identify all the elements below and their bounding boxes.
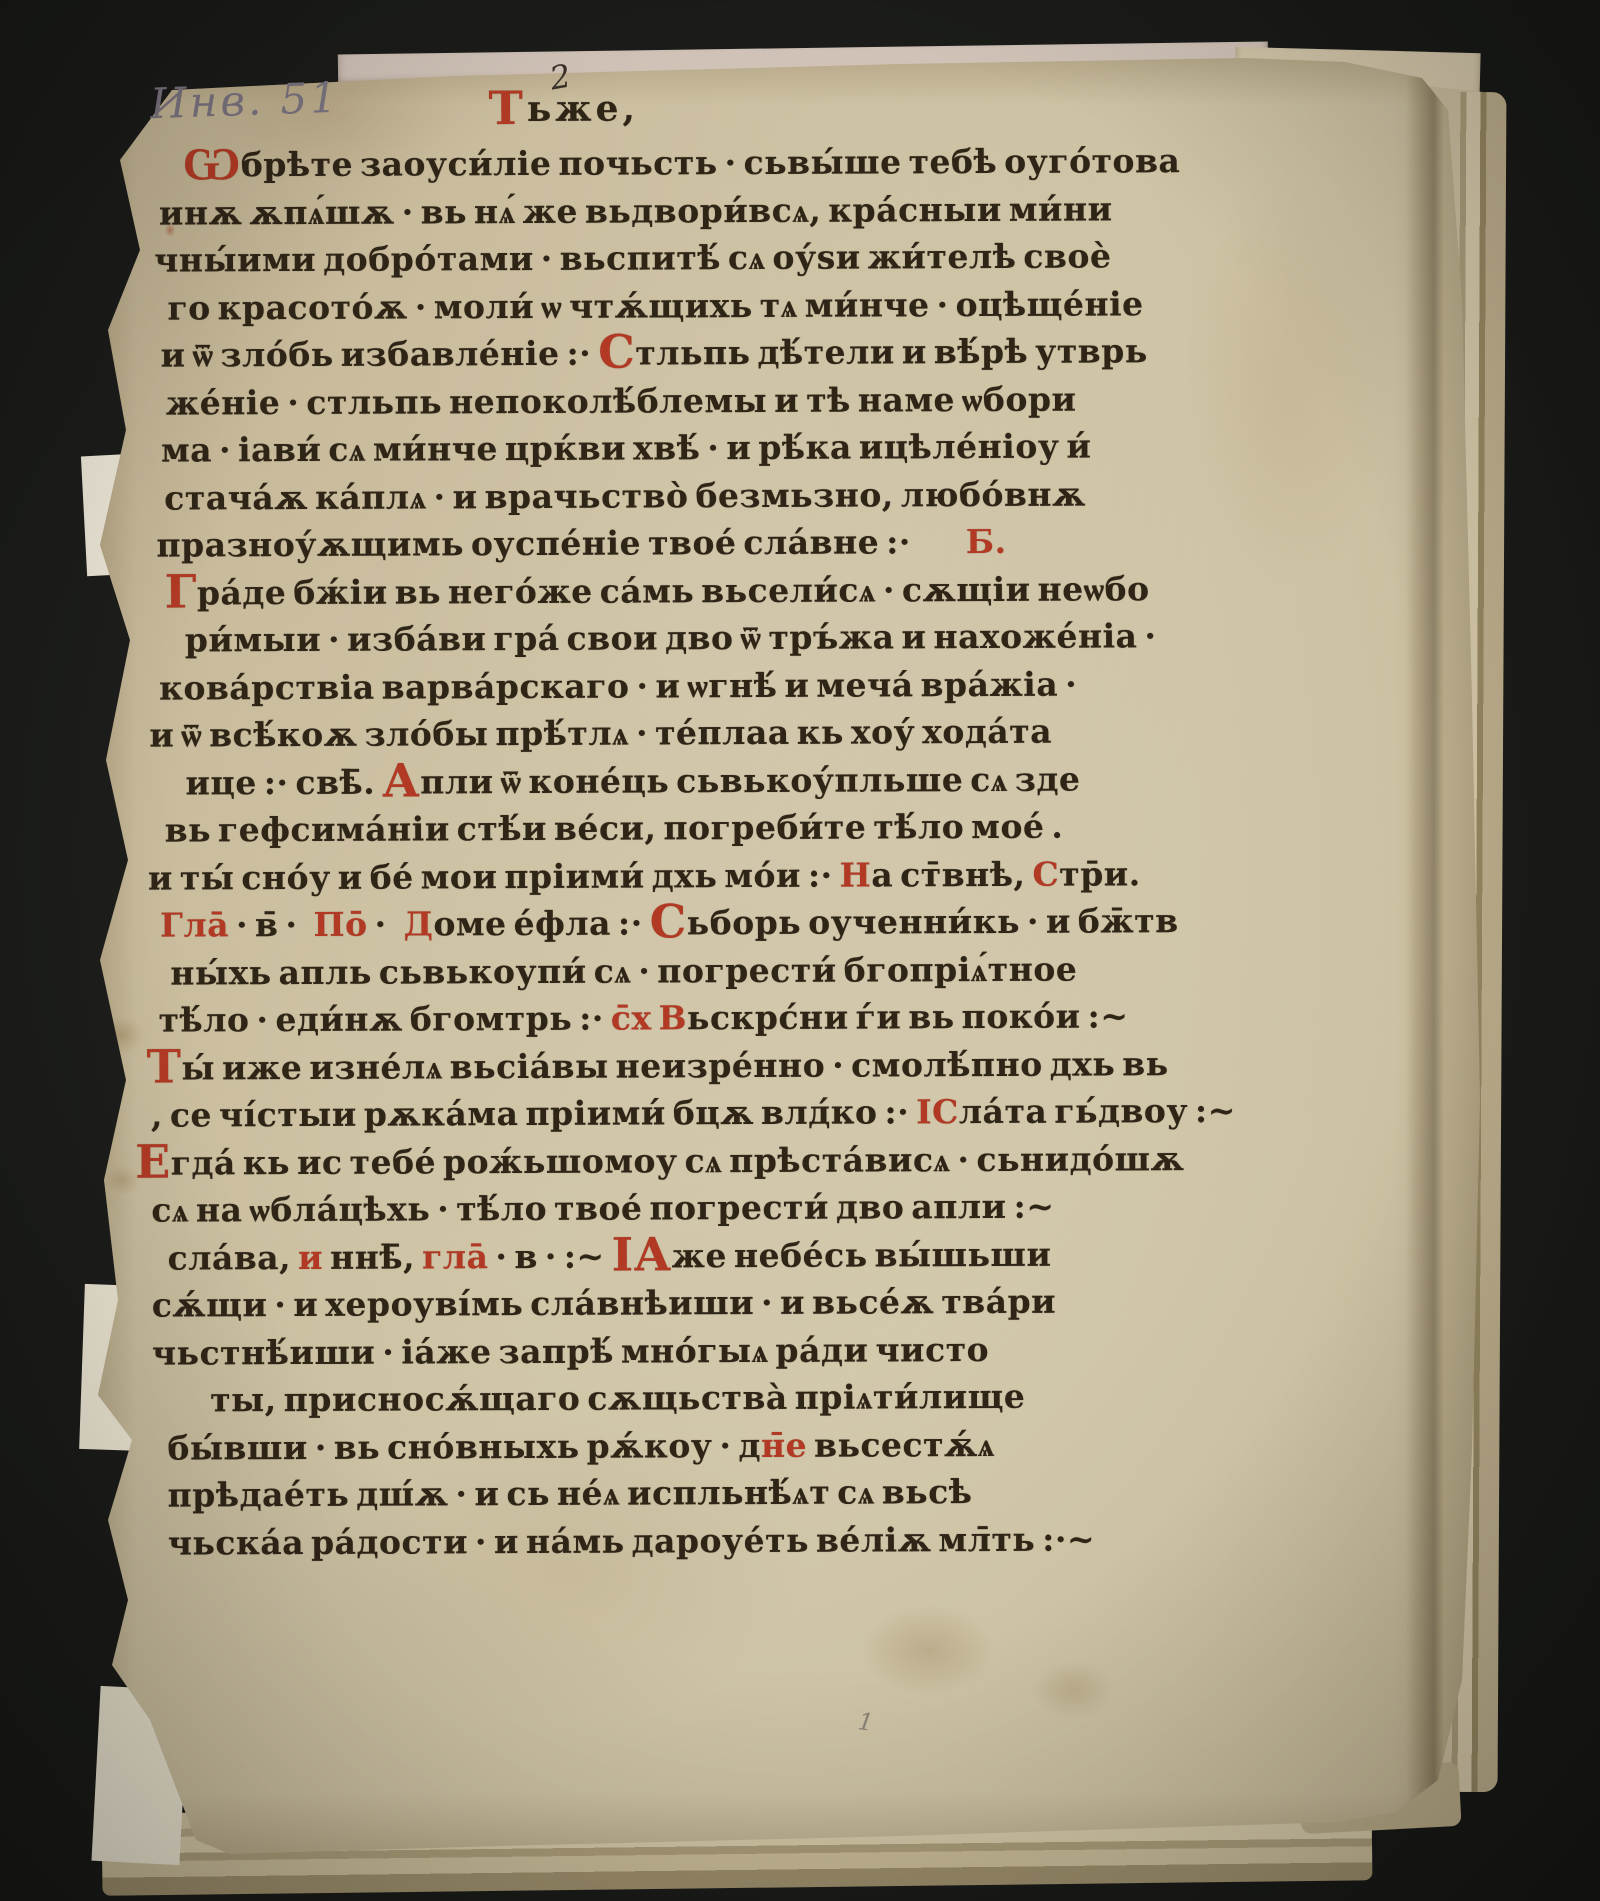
- manuscript-text-block: Тьже,Ѡбрѣте заоуси́ліе почьсть · сьвы́ше…: [0, 0, 1600, 1901]
- rubric-text: А: [382, 753, 420, 807]
- manuscript-line: Гла̄ · в̄ ·По̄ · Доме е́фла :· Сьборь оу…: [160, 904, 1179, 941]
- manuscript-line: тѣ́ло · еди́нѫ бгомтрь :· с̄х Вьскрс́ни …: [158, 999, 1128, 1036]
- ink-text: празноу́ѫщимь оуспе́ніе твое́ сла́вне :·: [156, 522, 911, 564]
- manuscript-line: прѣдае́ть дш́ѫ · и сь не́ѧ испльнѣ́ѧт сѧ…: [168, 1475, 973, 1512]
- ink-text: и ты́ сно́у и бе́ мои пріими́ дхь мо́и :…: [148, 856, 840, 898]
- manuscript-line: кова́рствіа варва́рскаго · и ѡгнѣ́ и меч…: [159, 668, 1077, 705]
- inventory-number-pencil: Инв. 51: [149, 73, 340, 129]
- ink-text: , се чі́стыи рѫка́ма пріими́ бцѫ влд́ко …: [151, 1092, 916, 1134]
- ink-text: брѣте заоуси́ліе почьсть · сьвы́ше тебѣ …: [241, 141, 1181, 184]
- ink-text: ·: [368, 905, 394, 944]
- ink-text: тѣ́ло · еди́нѫ бгомтрь :·: [158, 999, 610, 1040]
- ink-text: ра́де бж́іи вь него́же са́мь вьсели́сѧ ·…: [197, 569, 1150, 612]
- manuscript-line: ице :· свѣ̄. Апли ѿ коне́ць сьвькоу́пльш…: [185, 763, 1080, 800]
- rubric-text: ІА: [612, 1227, 672, 1281]
- manuscript-line: бы́вши · вь сно́вныхь рѫ́коу · дн̄е вьсе…: [167, 1428, 995, 1465]
- manuscript-line: вь гефсима́ніи стѣ́и ве́си, погреби́те т…: [165, 810, 1064, 847]
- ink-text: и ѿ всѣ́коѫ зло́бы прѣ́тлѧ · те́плаа кь …: [149, 712, 1052, 755]
- ink-text: бы́вши · вь сно́вныхь рѫ́коу · д: [167, 1426, 761, 1468]
- rubric-text: Гла̄: [160, 905, 229, 944]
- ink-text: ьже,: [527, 88, 639, 130]
- manuscript-line: и ѿ зло́бь избавле́ніе :· Стльпь дѣ́тели…: [161, 334, 1148, 371]
- manuscript-line: сѧ на ѡбла́цѣхь · тѣ́ло твое́ погрести́ …: [151, 1190, 1054, 1227]
- manuscript-line: Ты́ иже изне́лѧ вьсіа́вы неизре́нно · см…: [147, 1047, 1169, 1084]
- rubric-text: Т: [488, 81, 526, 135]
- manuscript-line: чьстнѣ́иши · іа́же запрѣ́ мно́гыѧ ра́ди …: [152, 1333, 989, 1370]
- manuscript-line: Гра́де бж́іи вь него́же са́мь вьсели́сѧ …: [165, 572, 1150, 609]
- manuscript-line: и ты́ сно́у и бе́ мои пріими́ дхь мо́и :…: [148, 857, 1141, 894]
- ink-text: сѫ́щи · и хероуві́мь сла́внѣиши · и вьсе…: [152, 1282, 1057, 1325]
- ink-text: кова́рствіа варва́рскаго · и ѡгнѣ́ и меч…: [159, 665, 1077, 708]
- manuscript-line: чны́ими добро́тами · вьспитѣ́ сѧ оу́ѕи ж…: [154, 239, 1111, 276]
- ink-text: же небе́сь вы́шьши: [672, 1235, 1052, 1276]
- ink-text: чьска́а ра́дости · и на́мь дароуе́ть ве́…: [168, 1520, 1095, 1563]
- ink-text: ма · іави́ сѧ ми́нче црќви хвѣ́ · и рѣ́к…: [161, 427, 1092, 470]
- ink-text: же́ніе · стльпь непоколѣ́блемы и тѣ наме…: [166, 380, 1077, 423]
- ink-text: · в̄ ·: [229, 905, 298, 944]
- manuscript-line: ма · іави́ сѧ ми́нче црќви хвѣ́ · и рѣ́к…: [161, 430, 1091, 467]
- page-heading: Тьже,: [488, 91, 639, 128]
- ink-text: тльпь дѣ́тели и вѣ́рѣ утврь: [635, 331, 1148, 372]
- ink-text: ице :· свѣ̄.: [185, 763, 382, 803]
- manuscript-line: Егда́ кь ис тебе́ рож́ьшомоу сѧ прѣста́в…: [135, 1142, 1184, 1180]
- rubric-text: и: [298, 1238, 323, 1277]
- manuscript-line: го красото́ѫ · моли́ ѡ чтѫ́щихь тѧ ми́нч…: [167, 287, 1143, 324]
- ink-text: чьстнѣ́иши · іа́же запрѣ́ мно́гыѧ ра́ди …: [152, 1330, 989, 1373]
- manuscript-line: чьска́а ра́дости · и на́мь дароуе́ть ве́…: [168, 1523, 1095, 1560]
- manuscript-line: сла́ва, и ннѣ̄, гла̄ · в · :~ ІАже небе́…: [167, 1238, 1051, 1275]
- manuscript-line: сѫ́щи · и хероуві́мь сла́внѣиши · и вьсе…: [152, 1285, 1056, 1322]
- manuscript-line: же́ніе · стльпь непоколѣ́блемы и тѣ наме…: [166, 383, 1077, 420]
- rubric-text: Н: [839, 856, 871, 895]
- manuscript-line: ны́хь апль сьвькоупи́ сѧ · погрести́ бго…: [170, 953, 1077, 990]
- ink-text: пли ѿ коне́ць сьвькоу́пльше сѧ зде: [420, 760, 1080, 802]
- ink-text: и ѿ зло́бь избавле́ніе :·: [161, 334, 599, 375]
- manuscript-line: ты, присносѫ́щаго сѫщьства̀ пріѧти́лище: [210, 1380, 1025, 1417]
- rubric-text: С: [650, 894, 687, 948]
- ink-text: сла́ва,: [167, 1238, 298, 1278]
- manuscript-line: стача́ѫ ка́плѧ · и врачьство̀ безмьзно, …: [164, 478, 1086, 515]
- manuscript-line: Ѡбрѣте заоуси́ліе почьсть · сьвы́ше тебѣ…: [183, 144, 1181, 181]
- ink-text: ла́та гь́двоу :~: [959, 1091, 1236, 1131]
- ink-text: ны́хь апль сьвькоупи́ сѧ · погрести́ бго…: [170, 950, 1077, 993]
- ink-text: вь гефсима́ніи стѣ́и ве́си, погреби́те т…: [165, 807, 1064, 850]
- ink-text: гда́ кь ис тебе́ рож́ьшомоу сѧ прѣста́ви…: [171, 1139, 1185, 1182]
- manuscript-line: и ѿ всѣ́коѫ зло́бы прѣ́тлѧ · те́плаа кь …: [149, 715, 1052, 752]
- ink-text: ы́ иже изне́лѧ вьсіа́вы неизре́нно · смо…: [181, 1044, 1168, 1087]
- manuscript-line: ри́мыи · изба́ви гра́ свои дво ѿ тръ́жа …: [185, 619, 1157, 656]
- rubric-text: ІС: [916, 1092, 959, 1131]
- manuscript-line: , се чі́стыи рѫка́ма пріими́ бцѫ влд́ко …: [151, 1094, 1236, 1132]
- ink-text: чны́ими добро́тами · вьспитѣ́ сѧ оу́ѕи ж…: [154, 236, 1111, 279]
- ink-text: инѫ ѫпѧ́шѫ · вь нѧ́ же вьдвори́всѧ, кра́…: [159, 189, 1113, 232]
- ink-text: ты, присносѫ́щаго сѫщьства̀ пріѧти́лище: [210, 1377, 1025, 1420]
- rubric-text: Г: [165, 564, 198, 618]
- rubric-text: Ѡ: [183, 136, 241, 190]
- rubric-text: По̄: [313, 905, 367, 944]
- rubric-text: гла̄: [422, 1237, 489, 1276]
- rubric-text: Д: [403, 904, 433, 943]
- rubric-text: н̄е: [761, 1426, 807, 1465]
- rubric-text: Т: [147, 1040, 182, 1094]
- ink-text: ннѣ̄,: [323, 1237, 422, 1276]
- ink-text: стача́ѫ ка́плѧ · и врачьство̀ безмьзно, …: [164, 475, 1086, 518]
- rubric-text: С: [1032, 855, 1059, 894]
- rubric-text: В: [659, 998, 688, 1037]
- rubric-text: с̄х: [611, 998, 659, 1037]
- ink-text: го красото́ѫ · моли́ ѡ чтѫ́щихь тѧ ми́нч…: [167, 284, 1143, 327]
- manuscript-line: инѫ ѫпѧ́шѫ · вь нѧ́ же вьдвори́всѧ, кра́…: [159, 192, 1113, 229]
- ink-text: сѧ на ѡбла́цѣхь · тѣ́ло твое́ погрести́ …: [151, 1187, 1054, 1230]
- ink-text: ри́мыи · изба́ви гра́ свои дво ѿ тръ́жа …: [185, 616, 1157, 659]
- manuscript-photo: Тьже,Ѡбрѣте заоуси́ліе почьсть · сьвы́ше…: [0, 0, 1600, 1901]
- rubric-text: Е: [135, 1135, 171, 1189]
- manuscript-line: празноу́ѫщимь оуспе́ніе твое́ сла́вне :·…: [156, 525, 1006, 562]
- rubric-text: С: [598, 325, 635, 379]
- ink-text: ьскрс́ни ѓи вь поко́и :~: [687, 996, 1129, 1037]
- ink-text: а ст̄внѣ,: [871, 855, 1032, 895]
- ink-text: · в · :~: [488, 1237, 611, 1277]
- ink-text: вьсестѫ́ѧ: [807, 1425, 995, 1465]
- ink-text: ьборь оученни́кь · и бж̄тв: [687, 901, 1179, 942]
- ink-text: тр̄и.: [1059, 854, 1141, 893]
- ink-text: прѣдае́ть дш́ѫ · и сь не́ѧ испльнѣ́ѧт сѧ…: [168, 1472, 973, 1515]
- ink-text: оме е́фла :·: [433, 903, 649, 943]
- rubric-text: Б.: [966, 522, 1007, 561]
